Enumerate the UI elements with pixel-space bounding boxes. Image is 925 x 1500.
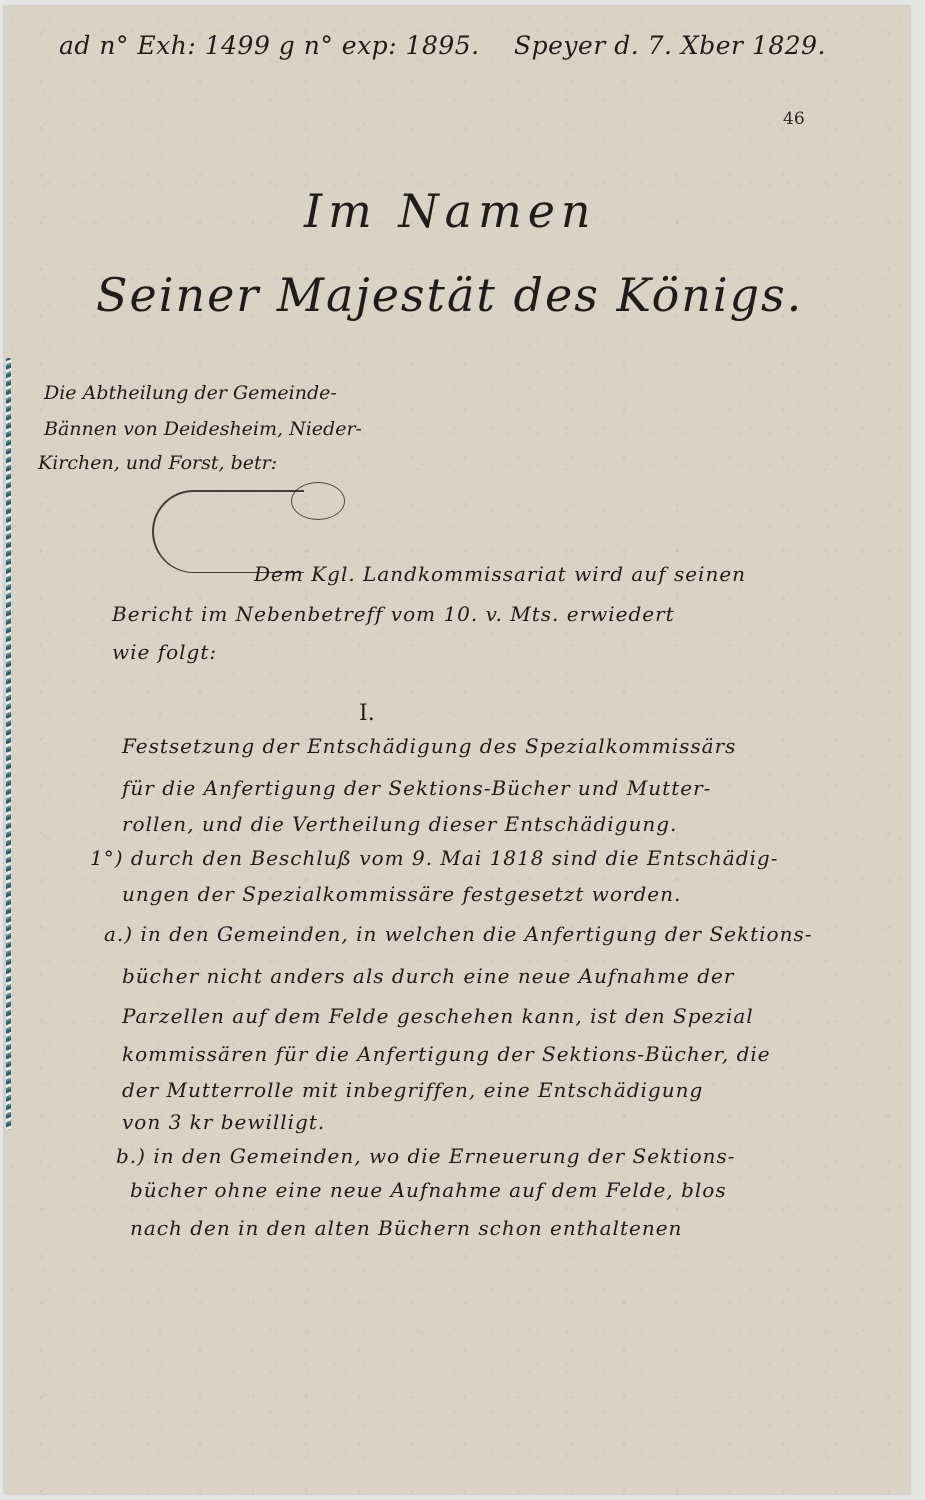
- intro-line: Dem Kgl. Landkommissariat wird auf seine…: [254, 562, 746, 586]
- header-reference: ad n° Exh: 1499 g n° exp: 1895.: [59, 31, 480, 60]
- section-line: kommissären für die Anfertigung der Sekt…: [122, 1042, 771, 1066]
- section-number: I.: [359, 701, 375, 726]
- title-line-2: Seiner Majestät des Königs.: [96, 268, 803, 322]
- section-line: von 3 kr bewilligt.: [122, 1110, 325, 1134]
- intro-line: Bericht im Nebenbetreff vom 10. v. Mts. …: [112, 602, 675, 626]
- header-place-date: Speyer d. 7. Xber 1829.: [514, 31, 826, 60]
- section-line: Festsetzung der Entschädigung des Spezia…: [122, 734, 736, 758]
- section-line: a.) in den Gemeinden, in welchen die Anf…: [104, 922, 812, 946]
- binding-cord: [6, 358, 11, 1130]
- manuscript-page: ad n° Exh: 1499 g n° exp: 1895. Speyer d…: [4, 6, 910, 1494]
- decorative-flourish-loop: [291, 482, 345, 520]
- address-line: Die Abtheilung der Gemeinde-: [44, 382, 337, 404]
- address-line: Kirchen, und Forst, betr:: [38, 452, 277, 474]
- section-line: der Mutterrolle mit inbegriffen, eine En…: [122, 1078, 703, 1102]
- address-line: Bännen von Deidesheim, Nieder-: [44, 418, 362, 440]
- section-line: ungen der Spezialkommissäre festgesetzt …: [122, 882, 681, 906]
- section-line: 1°) durch den Beschluß vom 9. Mai 1818 s…: [90, 846, 778, 870]
- section-line: bücher nicht anders als durch eine neue …: [122, 964, 734, 988]
- title-line-1: Im Namen: [304, 184, 597, 238]
- page-number: 46: [783, 109, 805, 129]
- section-line: rollen, und die Vertheilung dieser Entsc…: [122, 812, 677, 836]
- section-line: nach den in den alten Büchern schon enth…: [130, 1216, 682, 1240]
- decorative-flourish: [152, 490, 304, 573]
- section-line: bücher ohne eine neue Aufnahme auf dem F…: [130, 1178, 727, 1202]
- section-line: Parzellen auf dem Felde geschehen kann, …: [122, 1004, 754, 1028]
- intro-line: wie folgt:: [112, 640, 217, 664]
- section-line: für die Anfertigung der Sektions-Bücher …: [122, 776, 711, 800]
- section-line: b.) in den Gemeinden, wo die Erneuerung …: [116, 1144, 736, 1168]
